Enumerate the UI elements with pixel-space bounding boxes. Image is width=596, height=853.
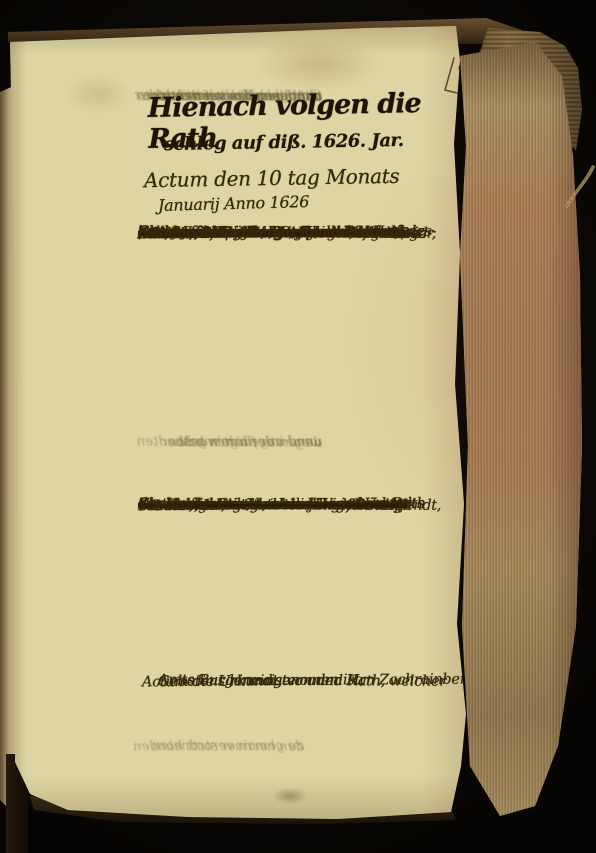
dateline: Actum den 10 tag Monats — [144, 164, 400, 192]
binding-cord — [564, 164, 596, 208]
dateline-year: Januarij Anno 1626 — [158, 192, 310, 215]
body-text-line: worden — [154, 496, 208, 515]
heading-mark: „ — [456, 124, 464, 143]
body-text-line: halben, Rath gehalten. — [138, 224, 299, 243]
body-text-line: Gebetens hineingenomen ist, — [158, 671, 364, 692]
manuscript-photo: unnd gemainer statt sachendem herrn burg… — [0, 0, 596, 853]
manuscript-page: unnd gemainer statt sachendem herrn burg… — [8, 24, 478, 822]
bleedthrough-line: unnd angehört worden — [169, 432, 322, 453]
page-subheading: schleg auf diß. 1626. Jar. — [164, 130, 404, 155]
bleedthrough-line: zu gemainer statt handen — [133, 736, 304, 758]
